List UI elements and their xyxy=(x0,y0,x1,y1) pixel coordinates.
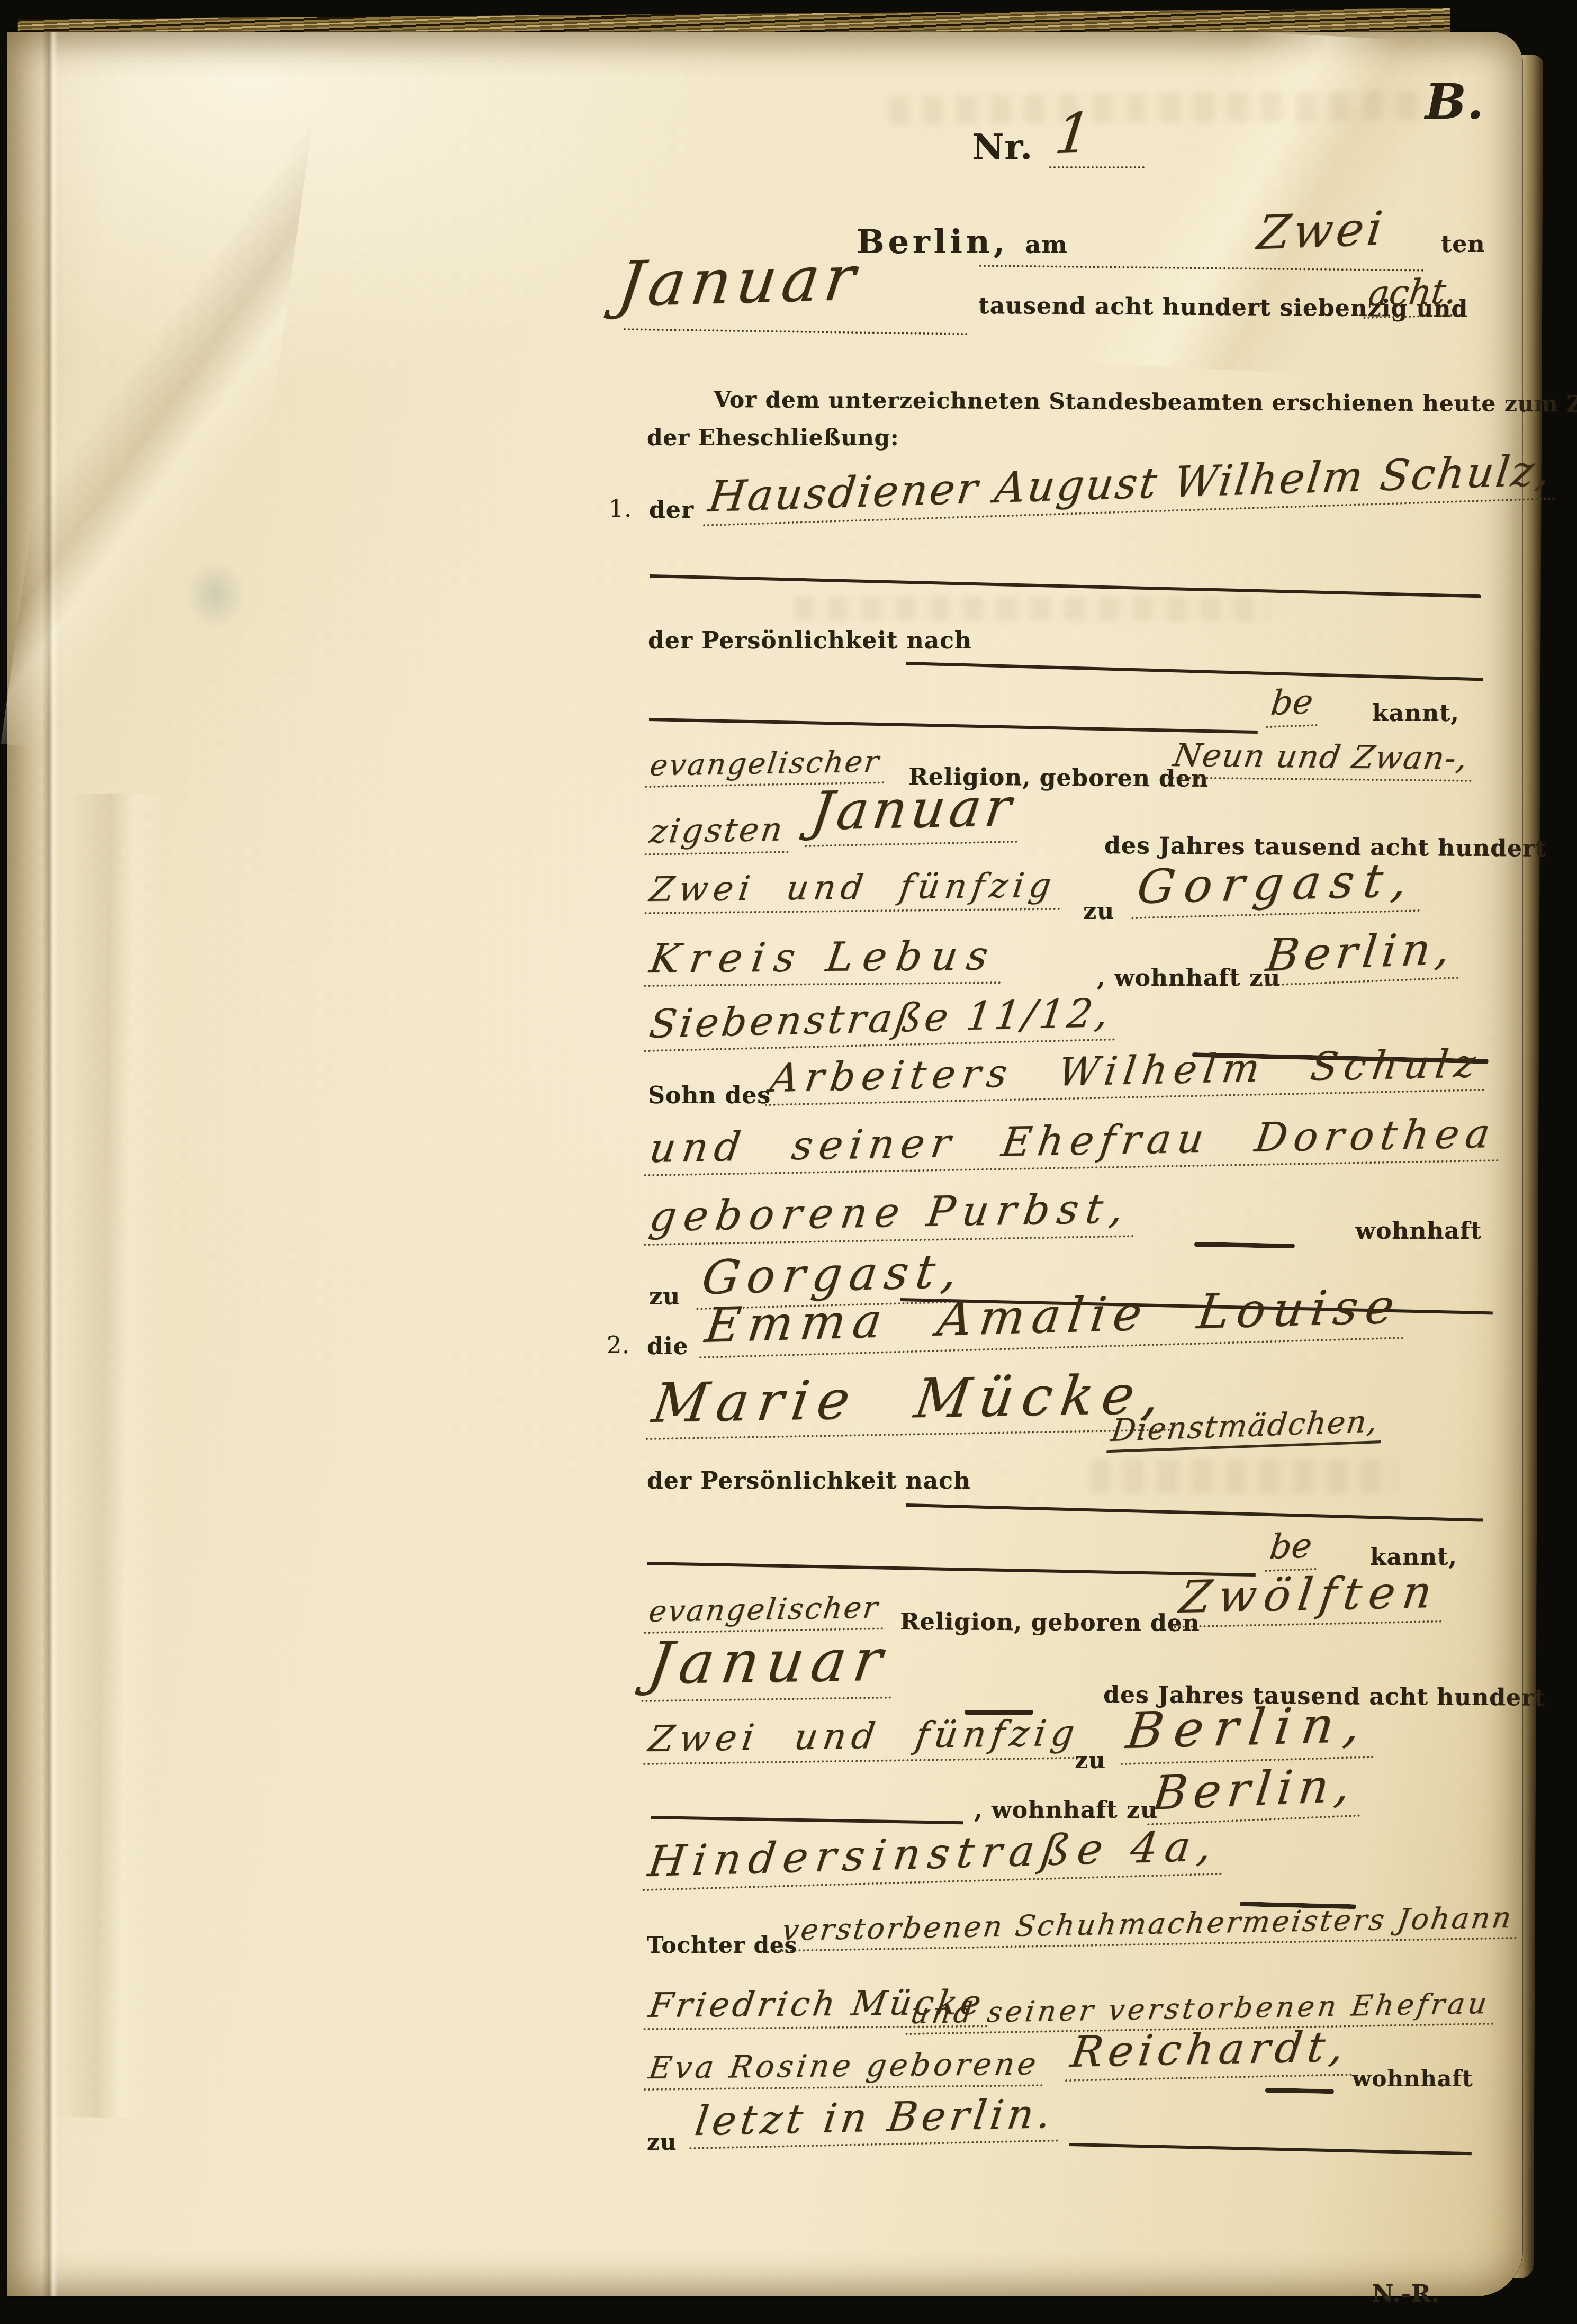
bride-last-residence-wrap: letzt in Berlin. xyxy=(692,2089,1062,2149)
bride-religion-label: Religion, geboren den xyxy=(900,1608,1200,1637)
bride-birth-month-wrap: Januar xyxy=(646,1626,896,1702)
month-value-wrap: Januar xyxy=(617,241,861,321)
bride-wohnhaft-wrap: wohnhaft xyxy=(1352,2066,1473,2092)
groom-identity-line: der Persönlichkeit nach xyxy=(648,627,972,654)
bride-index: 2. xyxy=(607,1332,630,1359)
groom-kannt: kannt, xyxy=(1372,700,1459,727)
groom-residence-label-wrap: , wohnhaft zu xyxy=(1097,965,1281,992)
groom-be: be xyxy=(1266,682,1322,728)
groom-residence: Berlin, xyxy=(1261,922,1466,986)
groom-wohnhaft: wohnhaft xyxy=(1355,1218,1482,1245)
footer-mark-wrap: N.-R. xyxy=(1372,2281,1440,2308)
bride-mother-a: Eva Rosine geborene xyxy=(644,2046,1049,2091)
groom-article: der xyxy=(649,497,694,524)
bride-mother-a-wrap: Eva Rosine geborene xyxy=(646,2046,1046,2091)
bride-zu2-wrap: zu xyxy=(647,2129,677,2155)
groom-district-wrap: Kreis Lebus xyxy=(647,932,1004,987)
entry-number-label: Nr. xyxy=(972,126,1033,167)
day-value-wrap: Zwei xyxy=(1257,201,1386,260)
am-label: am xyxy=(1025,230,1067,259)
groom-index-text: 1. xyxy=(609,496,632,523)
left-crease xyxy=(42,32,58,2296)
bride-birth-month: Januar xyxy=(641,1626,901,1702)
groom-residence-label: , wohnhaft zu xyxy=(1097,965,1281,992)
groom-birthday-b: zigsten xyxy=(645,809,795,855)
scanned-register-page: B. Nr. 1 Berlin, am Zwei ten Januar taus… xyxy=(0,0,1577,2324)
footer-mark: N.-R. xyxy=(1372,2281,1440,2308)
bride-residence-wrap: Berlin, xyxy=(1149,1757,1364,1825)
day-suffix-wrap: ten xyxy=(1441,231,1485,258)
intro-line-1: Vor dem unterzeichneten Standesbeamten e… xyxy=(714,386,1577,417)
groom-kannt-wrap: kannt, xyxy=(1372,700,1459,727)
groom-birth-month-wrap: Januar xyxy=(808,776,1022,847)
bride-be: be xyxy=(1265,1526,1321,1572)
entry-number-value-wrap: 1 xyxy=(1055,101,1092,166)
groom-index: 1. xyxy=(609,496,632,523)
bride-residence-label-wrap: , wohnhaft zu xyxy=(974,1797,1158,1824)
groom-birth-month: Januar xyxy=(805,776,1026,847)
bride-zu: zu xyxy=(1075,1747,1106,1774)
year-value: acht. xyxy=(1363,271,1467,319)
corner-letter: B. xyxy=(1425,73,1484,130)
bride-residence-label: , wohnhaft zu xyxy=(974,1797,1158,1824)
gutter-shadow xyxy=(7,32,47,2296)
groom-wohnhaft-wrap: wohnhaft xyxy=(1355,1218,1482,1245)
groom-article-text: der xyxy=(649,497,694,524)
groom-son-label-wrap: Sohn des xyxy=(648,1082,771,1109)
bride-daughter-label-wrap: Tochter des xyxy=(647,1932,797,1958)
groom-district: Kreis Lebus xyxy=(644,932,1008,987)
bride-zu2: zu xyxy=(647,2129,677,2155)
entry-number-rule xyxy=(1049,166,1145,168)
bride-be-wrap: be xyxy=(1267,1526,1320,1572)
place-date-line: Berlin, am xyxy=(857,222,1068,261)
bride-wohnhaft: wohnhaft xyxy=(1352,2066,1473,2092)
bride-article: die xyxy=(647,1333,688,1360)
groom-birth-place-wrap: Gorgast, xyxy=(1134,852,1424,919)
groom-birthday-a-wrap: Neun und Zwan-, xyxy=(1171,737,1475,782)
groom-zu: zu xyxy=(1083,898,1114,925)
groom-birthday-b-wrap: zigsten xyxy=(647,809,792,855)
groom-zu-wrap: zu xyxy=(1083,898,1114,925)
corner-letter-text: B. xyxy=(1425,73,1484,130)
day-value: Zwei xyxy=(1255,201,1389,260)
groom-birth-year-wrap: Zwei und fünfzig xyxy=(647,866,1063,914)
bride-name-b-wrap: Marie Mücke, xyxy=(650,1363,1176,1440)
groom-son-label: Sohn des xyxy=(648,1082,771,1109)
bride-identity-line: der Persönlichkeit nach xyxy=(647,1467,971,1494)
bride-birthday: Zwölften xyxy=(1174,1565,1450,1628)
bride-index-text: 2. xyxy=(607,1332,630,1359)
bride-birth-year-wrap: Zwei und fünfzig xyxy=(646,1712,1087,1765)
groom-be-wrap: be xyxy=(1268,682,1321,728)
bride-zu-wrap: zu xyxy=(1075,1747,1106,1774)
place-name: Berlin, xyxy=(857,222,1008,261)
intro-line-1-text: Vor dem unterzeichneten Standesbeamten e… xyxy=(714,386,1577,417)
groom-zu2-wrap: zu xyxy=(649,1283,680,1310)
bride-mother-name-wrap: Reichardt, xyxy=(1068,2022,1356,2082)
bride-residence: Berlin, xyxy=(1147,1757,1366,1825)
month-value: Januar xyxy=(614,241,864,321)
groom-residence-wrap: Berlin, xyxy=(1263,922,1463,986)
groom-mother-b-wrap: geborene Purbst, xyxy=(647,1185,1138,1246)
bride-last-residence: letzt in Berlin. xyxy=(689,2089,1065,2149)
groom-identity-label: der Persönlichkeit nach xyxy=(648,627,972,654)
paper-stain xyxy=(186,560,245,629)
groom-birth-year: Zwei und fünfzig xyxy=(644,866,1066,914)
intro-line-2-text: der Eheschließung: xyxy=(647,425,899,451)
bride-birth-place: Berlin, xyxy=(1121,1695,1382,1765)
groom-birth-place: Gorgast, xyxy=(1131,852,1427,920)
groom-zu2: zu xyxy=(649,1283,680,1310)
entry-number-value: 1 xyxy=(1051,100,1094,166)
bride-birth-year: Zwei und fünfzig xyxy=(643,1712,1089,1765)
bride-religion-label-wrap: Religion, geboren den xyxy=(900,1608,1200,1637)
groom-mother-b: geborene Purbst, xyxy=(644,1185,1141,1246)
bride-article-text: die xyxy=(647,1333,688,1360)
intro-line-2: der Eheschließung: xyxy=(647,425,899,451)
bride-mother-name: Reichardt, xyxy=(1065,2021,1359,2082)
groom-birthday-a: Neun und Zwan-, xyxy=(1168,737,1479,782)
bride-name-b: Marie Mücke, xyxy=(646,1363,1180,1440)
bride-birth-place-wrap: Berlin, xyxy=(1124,1696,1378,1765)
day-suffix: ten xyxy=(1441,231,1485,258)
bride-identity-label: der Persönlichkeit nach xyxy=(647,1467,971,1494)
year-value-wrap: acht. xyxy=(1366,271,1465,319)
bride-daughter-label: Tochter des xyxy=(647,1932,797,1958)
bride-birthday-wrap: Zwölften xyxy=(1177,1565,1446,1628)
entry-number-line: Nr. xyxy=(972,126,1033,167)
